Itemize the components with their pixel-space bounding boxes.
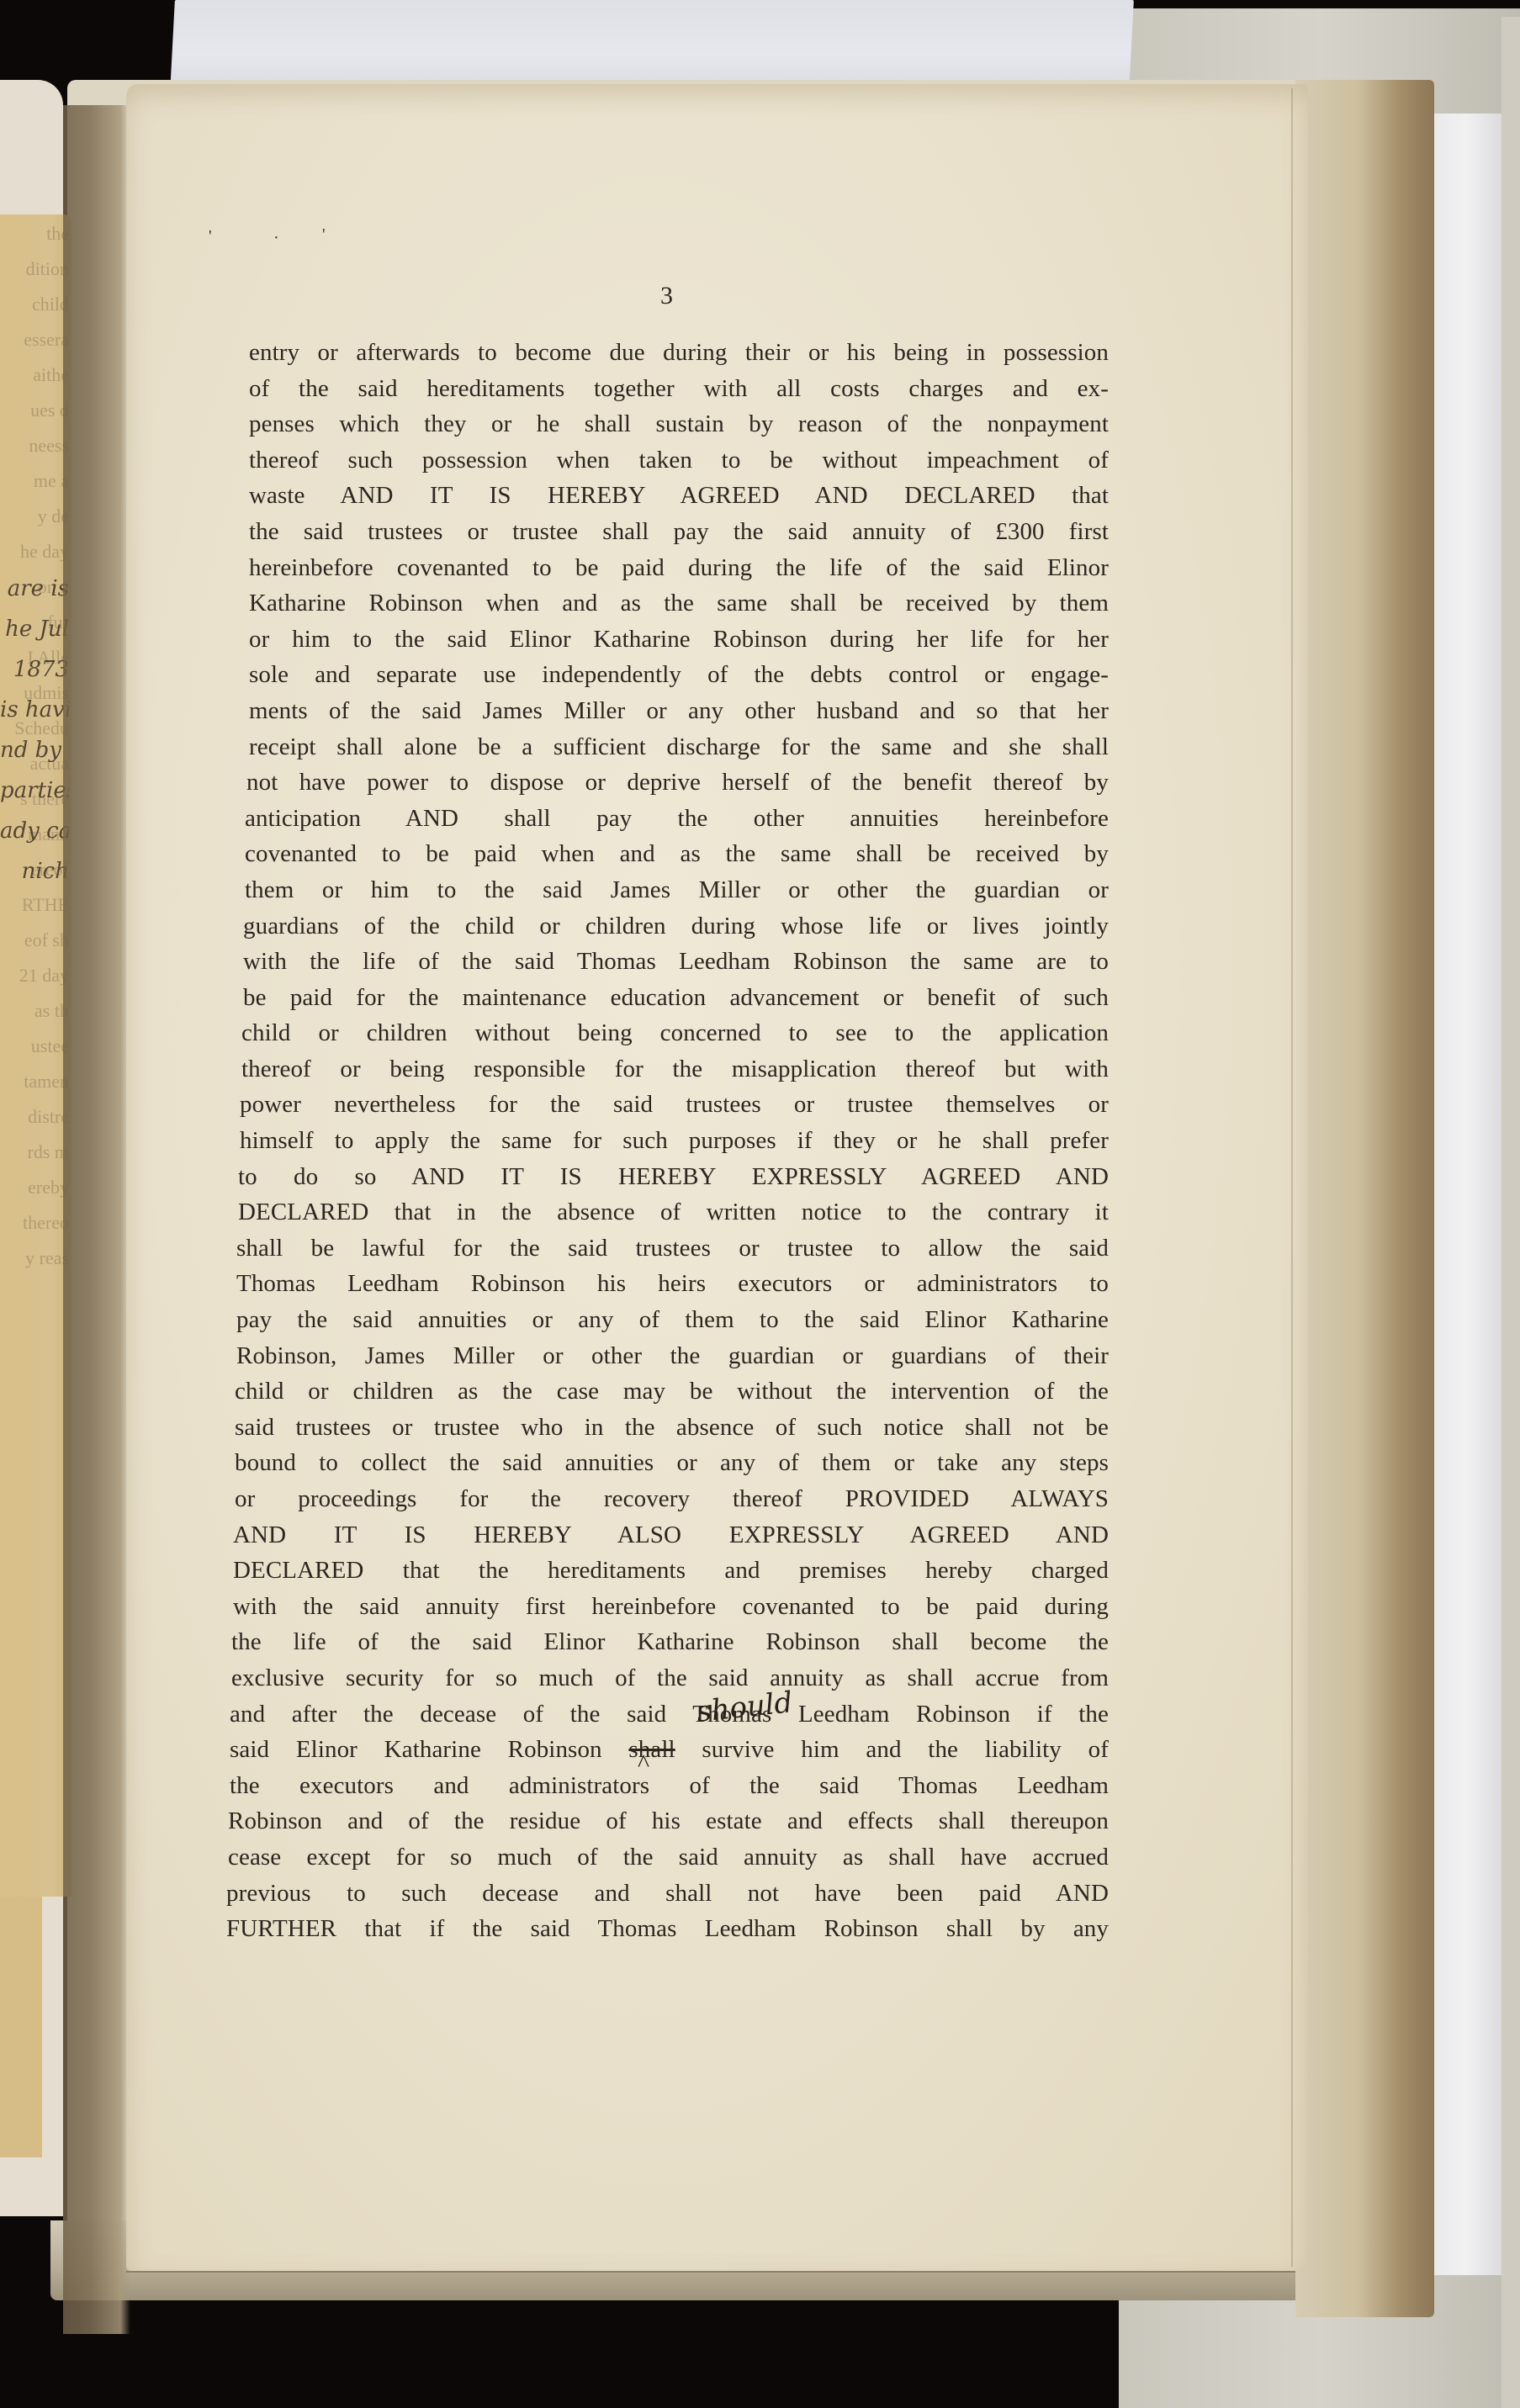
bleed-through-text: essera <box>0 329 69 351</box>
text-line: bound to collect the said annuities or a… <box>235 1445 1109 1481</box>
page-stack-edges <box>1295 80 1434 2317</box>
text-line: Thomas Leedham Robinson his heirs execut… <box>236 1266 1109 1302</box>
text-line: exclusive security for so much of the sa… <box>231 1660 1109 1696</box>
text-segment: said Elinor Katharine Robinson <box>230 1736 628 1763</box>
text-line: anticipation AND shall pay the other ann… <box>245 801 1109 837</box>
text-line: of the said hereditaments together with … <box>249 371 1109 407</box>
bleed-through-text: eof sh <box>0 929 69 951</box>
margin-handwriting: he Jul <box>0 617 69 642</box>
text-segment: survive him and the liability of <box>675 1736 1109 1763</box>
text-line: receipt shall alone be a sufficient disc… <box>249 729 1109 765</box>
text-line: FURTHER that if the said Thomas Leedham … <box>226 1911 1109 1947</box>
bleed-through-text: child <box>0 294 69 315</box>
bleed-through-text: rds m <box>0 1141 69 1163</box>
text-line: the said trustees or trustee shall pay t… <box>249 514 1109 550</box>
bleed-through-text: aithe <box>0 364 69 386</box>
text-line: sole and separate use independently of t… <box>249 657 1109 693</box>
text-line: said Elinor Katharine Robinson shall sur… <box>230 1732 1109 1768</box>
bleed-through-text: neess <box>0 435 69 457</box>
text-line: Robinson and of the residue of his estat… <box>228 1803 1109 1839</box>
gutter-shadow <box>63 105 130 2334</box>
text-line: DECLARED that in the absence of written … <box>238 1194 1109 1230</box>
text-line: Katharine Robinson when and as the same … <box>249 585 1109 622</box>
bleed-through-text: y de <box>0 505 69 527</box>
bleed-through-text: ues d <box>0 400 69 421</box>
page-number: 3 <box>660 282 673 310</box>
paper-slip-top <box>170 0 1134 93</box>
text-line: thereof or being responsible for the mis… <box>241 1051 1109 1088</box>
previous-leaf-tan-lower <box>0 1897 42 2157</box>
ink-speck: · <box>273 229 279 248</box>
text-line: be paid for the maintenance education ad… <box>243 980 1109 1016</box>
bleed-through-text: the <box>0 223 69 245</box>
text-line: power nevertheless for the said trustees… <box>240 1087 1109 1123</box>
bleed-through-text: ereby <box>0 1177 69 1199</box>
text-line: said trustees or trustee who in the abse… <box>235 1410 1109 1446</box>
previous-leaf-tan-overlay: theditionchildesseraaitheues dneessme ay… <box>0 214 71 1897</box>
margin-handwriting: nd by th <box>0 738 69 763</box>
margin-handwriting: parties <box>0 778 69 803</box>
text-line: child or children without being concerne… <box>241 1015 1109 1051</box>
margin-handwriting: 1873 <box>0 657 69 682</box>
text-line: or him to the said Elinor Katharine Robi… <box>249 622 1109 658</box>
text-line: DECLARED that the hereditaments and prem… <box>233 1553 1109 1589</box>
text-line: himself to apply the same for such purpo… <box>240 1123 1109 1159</box>
margin-handwriting: ady ca <box>0 818 69 844</box>
text-line: previous to such decease and shall not h… <box>226 1876 1109 1912</box>
text-line: the executors and administrators of the … <box>230 1768 1109 1804</box>
deed-body-text: entry or afterwards to become due during… <box>249 335 1109 1947</box>
bleed-through-text: me a <box>0 470 69 492</box>
text-line: and after the decease of the said Thomas… <box>230 1696 1109 1733</box>
bleed-through-text: dition <box>0 258 69 280</box>
text-line: hereinbefore covenanted to be paid durin… <box>249 550 1109 586</box>
text-line: waste AND IT IS HEREBY AGREED AND DECLAR… <box>249 478 1109 514</box>
text-line: child or children as the case may be wit… <box>235 1373 1109 1410</box>
text-line: to do so AND IT IS HEREBY EXPRESSLY AGRE… <box>238 1159 1109 1195</box>
bleed-through-text: ustee <box>0 1035 69 1057</box>
ink-speck: ' <box>322 225 326 245</box>
bleed-through-text: tamen <box>0 1071 69 1093</box>
bleed-through-text: he day <box>0 541 69 563</box>
text-line: ments of the said James Miller or any ot… <box>249 693 1109 729</box>
text-line: penses which they or he shall sustain by… <box>249 406 1109 442</box>
text-line: guardians of the child or children durin… <box>243 908 1109 945</box>
text-line: with the life of the said Thomas Leedham… <box>243 944 1109 980</box>
text-line: Robinson, James Miller or other the guar… <box>236 1338 1109 1374</box>
text-line: the life of the said Elinor Katharine Ro… <box>231 1624 1109 1660</box>
text-line: entry or afterwards to become due during… <box>249 335 1109 371</box>
text-line: thereof such possession when taken to be… <box>249 442 1109 479</box>
text-line: AND IT IS HEREBY ALSO EXPRESSLY AGREED A… <box>233 1517 1109 1553</box>
text-line: covenanted to be paid when and as the sa… <box>245 836 1109 872</box>
text-line: or proceedings for the recovery thereof … <box>235 1481 1109 1517</box>
text-line: pay the said annuities or any of them to… <box>236 1302 1109 1338</box>
inserted-white-sheet <box>1430 114 1501 2275</box>
bleed-through-text: distre <box>0 1106 69 1128</box>
margin-handwriting: are is <box>0 576 69 601</box>
text-line: shall be lawful for the said trustees or… <box>236 1230 1109 1267</box>
margin-handwriting: nich <box>0 859 69 884</box>
bleed-through-text: thereo <box>0 1212 69 1234</box>
caret-mark-icon: ^ <box>638 1749 649 1778</box>
text-line: them or him to the said James Miller or … <box>245 872 1109 908</box>
bleed-through-text: as th <box>0 1000 69 1022</box>
right-edge-strip <box>1501 17 1520 2408</box>
bleed-through-text: 21 day <box>0 965 69 987</box>
bleed-through-text: RTHE <box>0 894 69 916</box>
text-line: cease except for so much of the said ann… <box>228 1839 1109 1876</box>
margin-handwriting: is having <box>0 697 69 722</box>
bleed-through-text: y reas <box>0 1247 69 1269</box>
page-fold-line <box>1291 88 1293 2267</box>
ink-speck: ' <box>209 227 212 246</box>
text-line: with the said annuity first hereinbefore… <box>233 1589 1109 1625</box>
page-bottom-edge <box>126 2271 1295 2273</box>
text-line: not have power to dispose or deprive her… <box>246 765 1109 801</box>
struck-word: shall <box>628 1736 675 1763</box>
